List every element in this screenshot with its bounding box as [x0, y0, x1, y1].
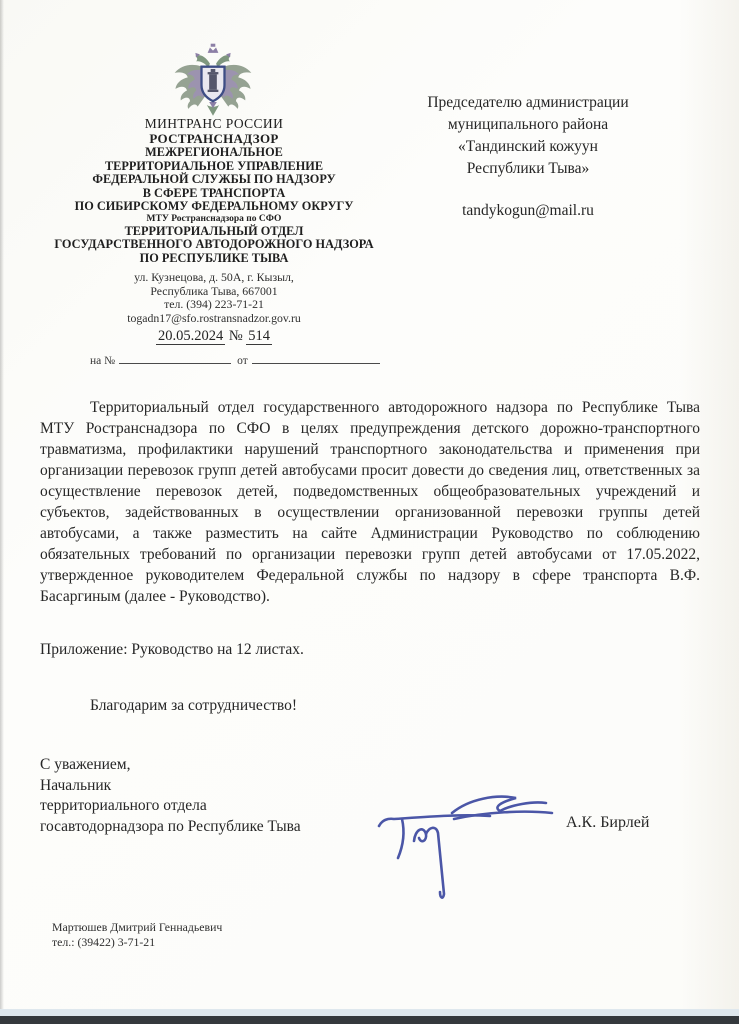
- phone-line: тел. (394) 223-71-21: [28, 298, 400, 312]
- letter-body-paragraph: Территориальный отдел государственного а…: [40, 397, 700, 607]
- russia-coat-of-arms-icon: [167, 42, 259, 119]
- scan-edge-bottom-light: [0, 1009, 739, 1016]
- org-line: МЕЖРЕГИОНАЛЬНОЕ: [28, 146, 400, 160]
- ref-date-blank: [252, 352, 380, 364]
- thanks-line: Благодарим за сотрудничество!: [40, 697, 700, 715]
- org-line: ПО СИБИРСКОМУ ФЕДЕРАЛЬНОМУ ОКРУГУ: [28, 200, 400, 214]
- addressee-line: Председателю администрации: [395, 92, 661, 114]
- executor-name: Мартюшев Дмитрий Геннадьевич: [52, 920, 222, 935]
- org-line: ТЕРРИТОРИАЛЬНОЕ УПРАВЛЕНИЕ: [28, 160, 400, 174]
- dept-line: ПО РЕСПУБЛИКЕ ТЫВА: [28, 252, 400, 266]
- number-sign: №: [229, 328, 243, 344]
- address-line: Республика Тыва, 667001: [28, 285, 400, 299]
- scan-edge-left: [0, 0, 4, 1024]
- dept-line: ГОСУДАРСТВЕННОГО АВТОДОРОЖНОГО НАДЗОРА: [28, 238, 400, 252]
- signer-position-line: Начальник: [40, 776, 301, 797]
- signer-position-line: территориального отдела: [40, 796, 301, 817]
- addressee-line: «Тандинский кожуун: [395, 136, 661, 158]
- ministry-name: МИНТРАНС РОССИИ: [28, 116, 400, 131]
- agency-name: РОСТРАНСНАДЗОР: [28, 131, 400, 146]
- scanned-letter-page: МИНТРАНС РОССИИ РОСТРАНСНАДЗОР МЕЖРЕГИОН…: [0, 0, 739, 1024]
- document-date: 20.05.2024: [156, 328, 225, 345]
- reference-line: на №от: [28, 352, 400, 367]
- closing-block: С уважением, Начальник территориального …: [40, 755, 301, 837]
- executor-phone: тел.: (39422) 3-71-21: [52, 935, 222, 950]
- document-number: 514: [246, 328, 272, 345]
- ref-prefix-label: на №: [90, 355, 115, 367]
- dept-line: ТЕРРИТОРИАЛЬНЫЙ ОТДЕЛ: [28, 225, 400, 239]
- executor-footer: Мартюшев Дмитрий Геннадьевич тел.: (3942…: [52, 920, 222, 950]
- addressee-line: муниципального района: [395, 114, 661, 136]
- addressee-block: Председателю администрации муниципальног…: [395, 92, 661, 222]
- signer-name: А.К. Бирлей: [566, 814, 649, 832]
- closing-salutation: С уважением,: [40, 755, 301, 776]
- scan-edge-bottom-dark: [0, 1016, 739, 1024]
- org-line: В СФЕРЕ ТРАНСПОРТА: [28, 187, 400, 201]
- handwritten-signature-icon: [374, 786, 569, 908]
- addressee-email: tandykogun@mail.ru: [395, 200, 661, 222]
- signer-position-line: госавтодорнадзора по Республике Тыва: [40, 817, 301, 838]
- email-line: togadn17@sfo.rostransnadzor.gov.ru: [28, 312, 400, 326]
- ref-number-blank: [119, 352, 231, 364]
- ref-from-label: от: [237, 355, 248, 367]
- addressee-line: Республики Тыва»: [395, 158, 661, 180]
- date-number-line: 20.05.2024 № 514: [28, 328, 400, 345]
- attachment-line: Приложение: Руководство на 12 листах.: [40, 641, 304, 659]
- org-line: ФЕДЕРАЛЬНОЙ СЛУЖБЫ ПО НАДЗОРУ: [28, 173, 400, 187]
- letterhead: МИНТРАНС РОССИИ РОСТРАНСНАДЗОР МЕЖРЕГИОН…: [28, 116, 400, 367]
- org-abbreviation: МТУ Ространснадзора по СФО: [28, 214, 400, 225]
- scan-edge-right: [679, 0, 739, 1024]
- address-line: ул. Кузнецова, д. 50А, г. Кызыл,: [28, 271, 400, 285]
